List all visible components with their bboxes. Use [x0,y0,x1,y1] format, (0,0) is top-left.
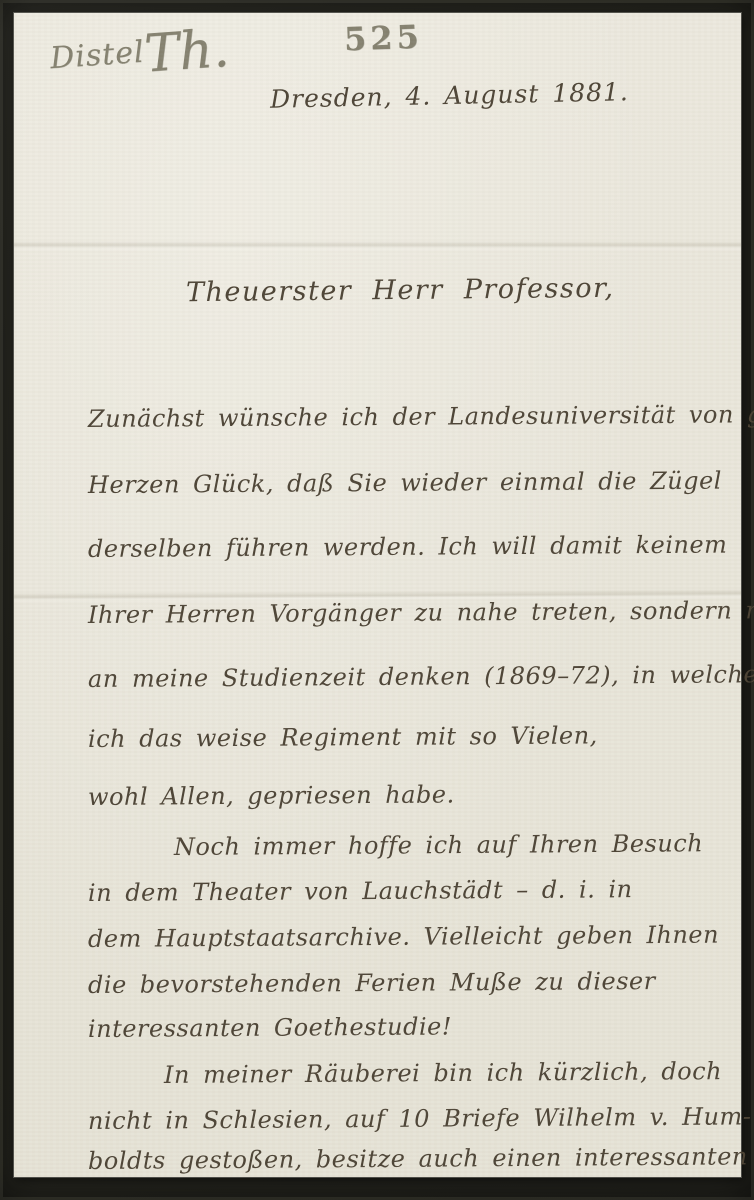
letter-paper: 525 DistelTh. Dresden, 4. August 1881. T… [14,13,741,1177]
scanned-letter-page: 525 DistelTh. Dresden, 4. August 1881. T… [0,0,754,1200]
letter-body-line: Herzen Glück, daß Sie wieder einmal die … [88,467,722,499]
annotation-flourish: Th. [143,19,232,85]
letter-body-line: wohl Allen, gepriesen habe. [88,780,455,811]
letter-salutation: Theuerster Herr Professor, [186,273,615,308]
fold-crease [14,241,741,251]
letter-dateline: Dresden, 4. August 1881. [270,77,629,114]
letter-body-line: die bevorstehenden Ferien Muße zu dieser [88,967,656,999]
letter-body-line: an meine Studienzeit denken (1869–72), i… [88,660,754,693]
letter-body-line: nicht in Schlesien, auf 10 Briefe Wilhel… [88,1102,752,1135]
letter-body-line: boldts gestoßen, besitze auch einen inte… [88,1142,748,1175]
letter-body-line: Ihrer Herren Vorgänger zu nahe treten, s… [88,596,754,629]
letter-body-line: Noch immer hoffe ich auf Ihren Besuch [174,829,703,861]
archivist-annotation: DistelTh. [49,29,230,76]
letter-body-line: interessanten Goethestudie! [88,1012,452,1043]
archival-page-number: 525 [343,18,423,59]
letter-body-line: ich das weise Regiment mit so Vielen, [88,721,598,753]
letter-body-line: derselben führen werden. Ich will damit … [88,531,728,563]
letter-body-line: Zunächst wünsche ich der Landesuniversit… [88,400,754,433]
letter-body-line: dem Hauptstaatsarchive. Vielleicht geben… [88,921,719,953]
letter-body-line: in dem Theater von Lauchstädt – d. i. in [88,875,633,907]
annotation-name: Distel [49,35,146,77]
letter-body-line: In meiner Räuberei bin ich kürzlich, doc… [164,1057,722,1089]
